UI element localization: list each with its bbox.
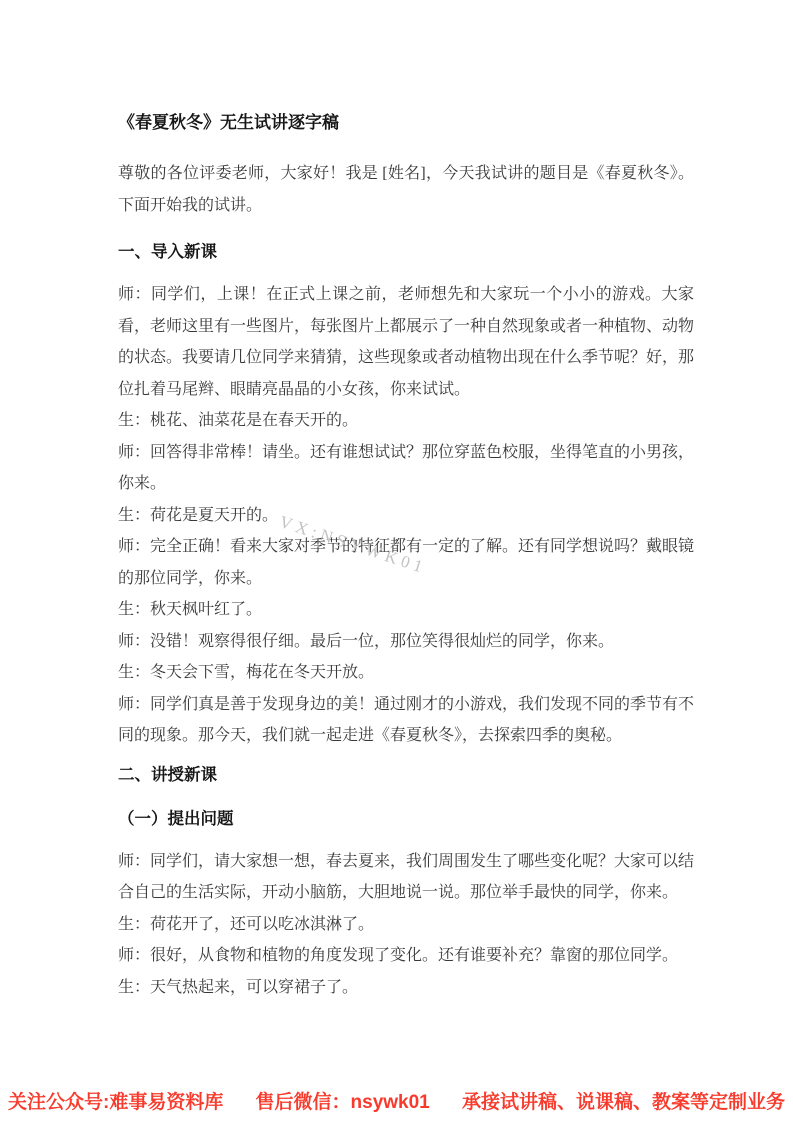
section-2-sub-heading: （一）提出问题 [118,808,694,830]
dialogue-paragraph: 师：同学们，上课！在正式上课之前，老师想先和大家玩一个小小的游戏。大家看，老师这… [118,279,694,405]
intro-paragraph: 尊敬的各位评委老师，大家好！我是 [姓名]，今天我试讲的题目是《春夏秋冬》。下面… [118,158,694,221]
footer-segment: 售后微信：nsywk01 [256,1090,430,1116]
dialogue-paragraph: 师：完全正确！看来大家对季节的特征都有一定的了解。还有同学想说吗？戴眼镜的那位同… [118,531,694,594]
document-page: 《春夏秋冬》无生试讲逐字稿 尊敬的各位评委老师，大家好！我是 [姓名]，今天我试… [0,0,793,1122]
section-2-heading: 二、讲授新课 [118,764,694,786]
dialogue-paragraph: 师：没错！观察得很仔细。最后一位，那位笑得很灿烂的同学，你来。 [118,626,694,658]
dialogue-paragraph: 生：桃花、油菜花是在春天开的。 [118,405,694,437]
dialogue-paragraph: 生：天气热起来，可以穿裙子了。 [118,972,694,1004]
dialogue-paragraph: 师：很好，从食物和植物的角度发现了变化。还有谁要补充？靠窗的那位同学。 [118,940,694,972]
dialogue-paragraph: 师：回答得非常棒！请坐。还有谁想试试？那位穿蓝色校服，坐得笔直的小男孩，你来。 [118,437,694,500]
promo-footer: 关注公众号:难事易资料库 售后微信：nsywk01 承接试讲稿、说课稿、教案等定… [8,1090,785,1116]
document-title: 《春夏秋冬》无生试讲逐字稿 [118,112,694,134]
footer-segment: 关注公众号:难事易资料库 [8,1090,223,1116]
dialogue-paragraph: 师：同学们，请大家想一想，春去夏来，我们周围发生了哪些变化呢？大家可以结合自己的… [118,846,694,909]
dialogue-paragraph: 师：同学们真是善于发现身边的美！通过刚才的小游戏，我们发现不同的季节有不同的现象… [118,689,694,752]
footer-segment: 承接试讲稿、说课稿、教案等定制业务 [462,1090,785,1116]
dialogue-paragraph: 生：荷花开了，还可以吃冰淇淋了。 [118,909,694,941]
dialogue-paragraph: 生：冬天会下雪，梅花在冬天开放。 [118,657,694,689]
document-content: 《春夏秋冬》无生试讲逐字稿 尊敬的各位评委老师，大家好！我是 [姓名]，今天我试… [0,0,793,1003]
dialogue-paragraph: 生：荷花是夏天开的。 [118,500,694,532]
section-1-heading: 一、导入新课 [118,241,694,263]
dialogue-paragraph: 生：秋天枫叶红了。 [118,594,694,626]
